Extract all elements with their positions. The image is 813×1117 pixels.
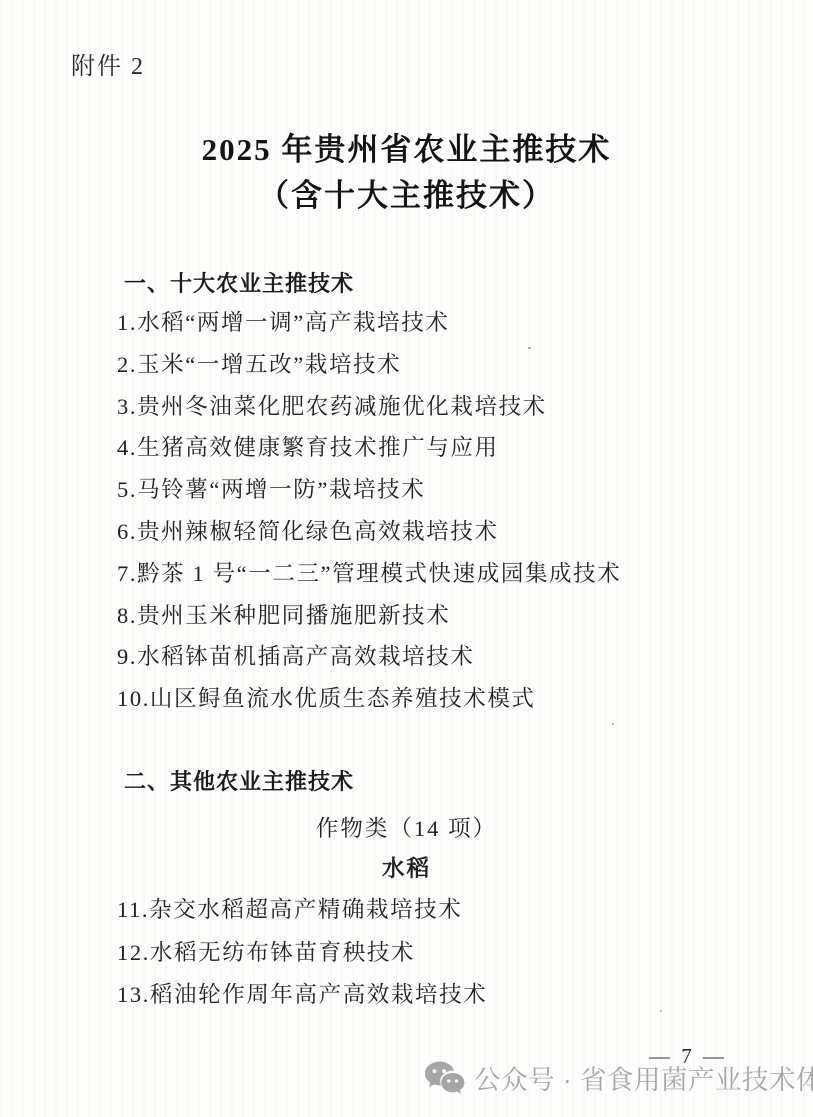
wechat-icon xyxy=(423,1059,465,1097)
attachment-label: 附件 2 xyxy=(71,46,145,81)
document-title-line1: 2025 年贵州省农业主推技术 xyxy=(0,127,813,173)
section-heading-top-ten: 一、十大农业主推技术 xyxy=(124,267,354,298)
list-item: 3.贵州冬油菜化肥农药减施优化栽培技术 xyxy=(117,386,621,428)
list-item: 11.杂交水稻超高产精确栽培技术 xyxy=(117,889,487,932)
list-item: 1.水稻“两增一调”高产栽培技术 xyxy=(117,302,621,344)
list-item: 8.贵州玉米种肥同播施肥新技术 xyxy=(117,595,621,637)
list-item: 5.马铃薯“两增一防”栽培技术 xyxy=(117,469,621,511)
document-page: 附件 2 2025 年贵州省农业主推技术 （含十大主推技术） 一、十大农业主推技… xyxy=(0,0,813,1117)
list-item: 6.贵州辣椒轻简化绿色高效栽培技术 xyxy=(117,511,621,553)
scan-speck xyxy=(528,347,531,349)
document-title-line2: （含十大主推技术） xyxy=(0,173,813,219)
list-item: 13.稻油轮作周年高产高效栽培技术 xyxy=(117,974,487,1017)
subheading-rice: 水稻 xyxy=(0,851,813,883)
watermark-text: 公众号 · 省食用菌产业技术体系 xyxy=(474,1058,813,1097)
top-ten-tech-list: 1.水稻“两增一调”高产栽培技术 2.玉米“一增五改”栽培技术 3.贵州冬油菜化… xyxy=(117,302,621,720)
watermark: 公众号 · 省食用菌产业技术体系 xyxy=(423,1058,813,1097)
list-item: 2.玉米“一增五改”栽培技术 xyxy=(117,344,621,386)
scan-speck xyxy=(660,1010,662,1012)
list-item: 12.水稻无纺布钵苗育秧技术 xyxy=(117,932,487,975)
other-tech-list: 11.杂交水稻超高产精确栽培技术 12.水稻无纺布钵苗育秧技术 13.稻油轮作周… xyxy=(117,889,487,1017)
list-item: 9.水稻钵苗机插高产高效栽培技术 xyxy=(117,636,621,678)
document-title: 2025 年贵州省农业主推技术 （含十大主推技术） xyxy=(0,127,813,219)
list-item: 7.黔茶 1 号“一二三”管理模式快速成园集成技术 xyxy=(117,553,621,595)
list-item: 10.山区鲟鱼流水优质生态养殖技术模式 xyxy=(117,678,621,720)
section-heading-other: 二、其他农业主推技术 xyxy=(124,765,354,796)
scan-speck xyxy=(612,723,614,725)
list-item: 4.生猪高效健康繁育技术推广与应用 xyxy=(117,427,621,469)
subheading-crop-class: 作物类（14 项） xyxy=(0,811,813,843)
